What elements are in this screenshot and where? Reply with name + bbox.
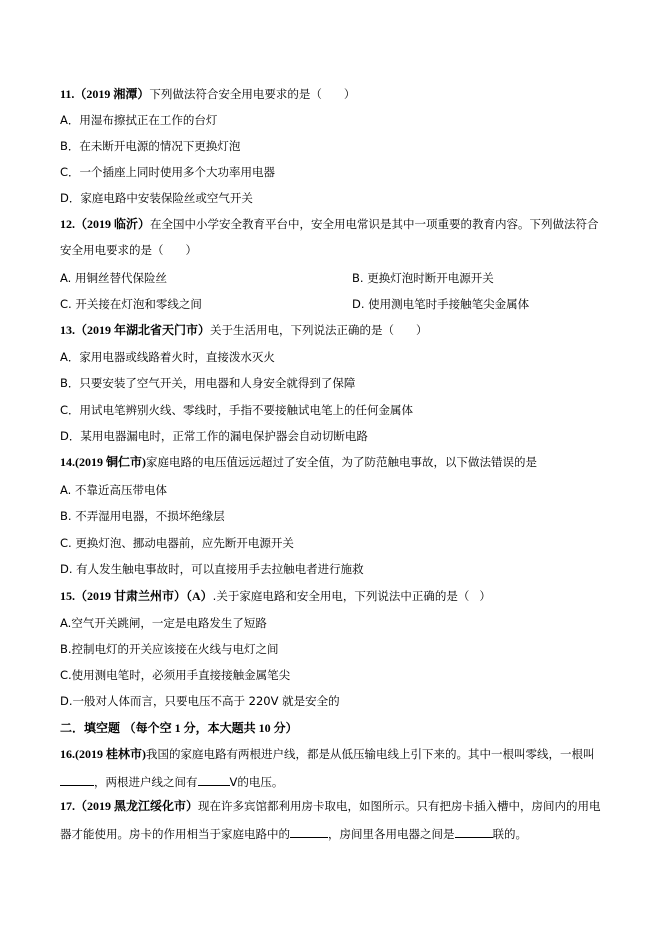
fill-blank-1[interactable]: [290, 825, 328, 838]
question-source: （2019 临沂）: [75, 217, 150, 231]
question-12-stem: 12.（2019 临沂）在全国中小学安全教育平台中，安全用电常识是其中一项重要的…: [60, 216, 599, 232]
question-number: 15.: [60, 589, 75, 603]
section-scoring-note: （每个空 1 分，本大题共 10 分）: [124, 721, 298, 735]
question-source: (2019 铜仁市): [75, 455, 146, 469]
fill-blank-2[interactable]: [198, 773, 230, 786]
question-17-stem: 17.（2019 黑龙江绥化市）现在许多宾馆都利用房卡取电，如图所示。只有把房卡…: [60, 798, 601, 814]
question-16-stem: 16.(2019 桂林市)我国的家庭电路有两根进户线，都是从低压输电线上引下来的…: [60, 746, 595, 762]
question-number: 14.: [60, 455, 75, 469]
option-c: C．用试电笔辨别火线、零线时，手指不要接触试电笔上的任何金属体: [60, 402, 413, 418]
option-a: A. 用铜丝替代保险丝: [60, 271, 167, 285]
question-source: (2019 桂林市): [75, 747, 146, 761]
question-16-cont: ，两根进户线之间有V的电压。: [60, 773, 283, 790]
option-b: B．只要安装了空气开关，用电器和人身安全就得到了保障: [60, 375, 355, 391]
question-13-stem: 13.（2019 年湖北省天门市）关于生活用电，下列说法正确的是（）: [60, 322, 428, 338]
option-b: B.控制电灯的开关应该接在火线与电灯之间: [60, 641, 279, 657]
question-text: 关于生活用电，下列说法正确的是（: [210, 323, 394, 337]
question-number: 12.: [60, 217, 75, 231]
options-row-ab: A. 用铜丝替代保险丝 B. 更换灯泡时断开电源开关: [60, 270, 620, 286]
option-d: D．家庭电路中安装保险丝或空气开关: [60, 190, 253, 206]
option-d: D.一般对人体而言，只要电压不高于 220V 就是安全的: [60, 693, 340, 709]
section-title: 二．填空题: [60, 721, 120, 735]
section-heading: 二．填空题 （每个空 1 分，本大题共 10 分）: [60, 720, 298, 736]
option-a: A. 不靠近高压带电体: [60, 482, 167, 498]
option-a: A．家用电器或线路着火时，直接泼水灭火: [60, 349, 275, 365]
question-text: 家庭电路的电压值远远超过了安全值，为了防范触电事故，以下做法错误的是: [146, 455, 537, 469]
question-text: 我国的家庭电路有两根进户线，都是从低压输电线上引下来的。其中一根叫零线，一根叫: [146, 747, 595, 761]
question-17-cont: 器才能使用。房卡的作用相当于家庭电路中的，房间里各用电器之间是联的。: [60, 825, 527, 842]
question-12-stem-cont: 安全用电要求的是（）: [60, 242, 197, 258]
question-text: 现在许多宾馆都利用房卡取电，如图所示。只有把房卡插入槽中，房间内的用电: [198, 799, 601, 813]
option-b: B．在未断开电源的情况下更换灯泡: [60, 138, 240, 154]
option-a: A.空气开关跳闸，一定是电路发生了短路: [60, 615, 267, 631]
question-number: 16.: [60, 747, 75, 761]
question-number: 13.: [60, 323, 75, 337]
option-b: B. 更换灯泡时断开电源开关: [352, 270, 494, 286]
question-source: （2019 年湖北省天门市）: [75, 323, 210, 337]
question-15-stem: 15.（2019 甘肃兰州市）（A）.关于家庭电路和安全用电，下列说法中正确的是…: [60, 588, 491, 604]
question-text: 在全国中小学安全教育平台中，安全用电常识是其中一项重要的教育内容。下列做法符合: [150, 217, 599, 231]
option-a: A．用湿布擦拭正在工作的台灯: [60, 112, 217, 128]
option-c: C．一个插座上同时使用多个大功率用电器: [60, 164, 275, 180]
question-text: 下列做法符合安全用电要求的是（: [149, 87, 322, 101]
fill-blank-1[interactable]: [60, 773, 94, 786]
question-source: （2019 湘潭）: [74, 87, 149, 101]
option-c: C. 更换灯泡、挪动电器前，应先断开电源开关: [60, 535, 294, 551]
question-source: （2019 甘肃兰州市）（A）: [75, 589, 213, 603]
options-row-cd: C. 开关接在灯泡和零线之间 D. 使用测电笔时手接触笔尖金属体: [60, 296, 620, 312]
question-number: 17.: [60, 799, 75, 813]
fill-blank-2[interactable]: [455, 825, 493, 838]
question-14-stem: 14.(2019 铜仁市)家庭电路的电压值远远超过了安全值，为了防范触电事故，以…: [60, 454, 537, 470]
question-number: 11.: [60, 87, 74, 101]
option-b: B. 不弄湿用电器，不损坏绝缘层: [60, 508, 225, 524]
option-d: D. 使用测电笔时手接触笔尖金属体: [352, 296, 529, 312]
question-11-stem: 11.（2019 湘潭）下列做法符合安全用电要求的是（）: [60, 86, 355, 102]
option-c: C. 开关接在灯泡和零线之间: [60, 297, 202, 311]
option-d: D. 有人发生触电事故时，可以直接用手去拉触电者进行施救: [60, 561, 364, 577]
option-c: C.使用测电笔时，必须用手直接接触金属笔尖: [60, 667, 290, 683]
option-d: D．某用电器漏电时，正常工作的漏电保护器会自动切断电路: [60, 428, 368, 444]
question-text: .关于家庭电路和安全用电，下列说法中正确的是（: [213, 589, 470, 603]
question-source: （2019 黑龙江绥化市）: [75, 799, 198, 813]
